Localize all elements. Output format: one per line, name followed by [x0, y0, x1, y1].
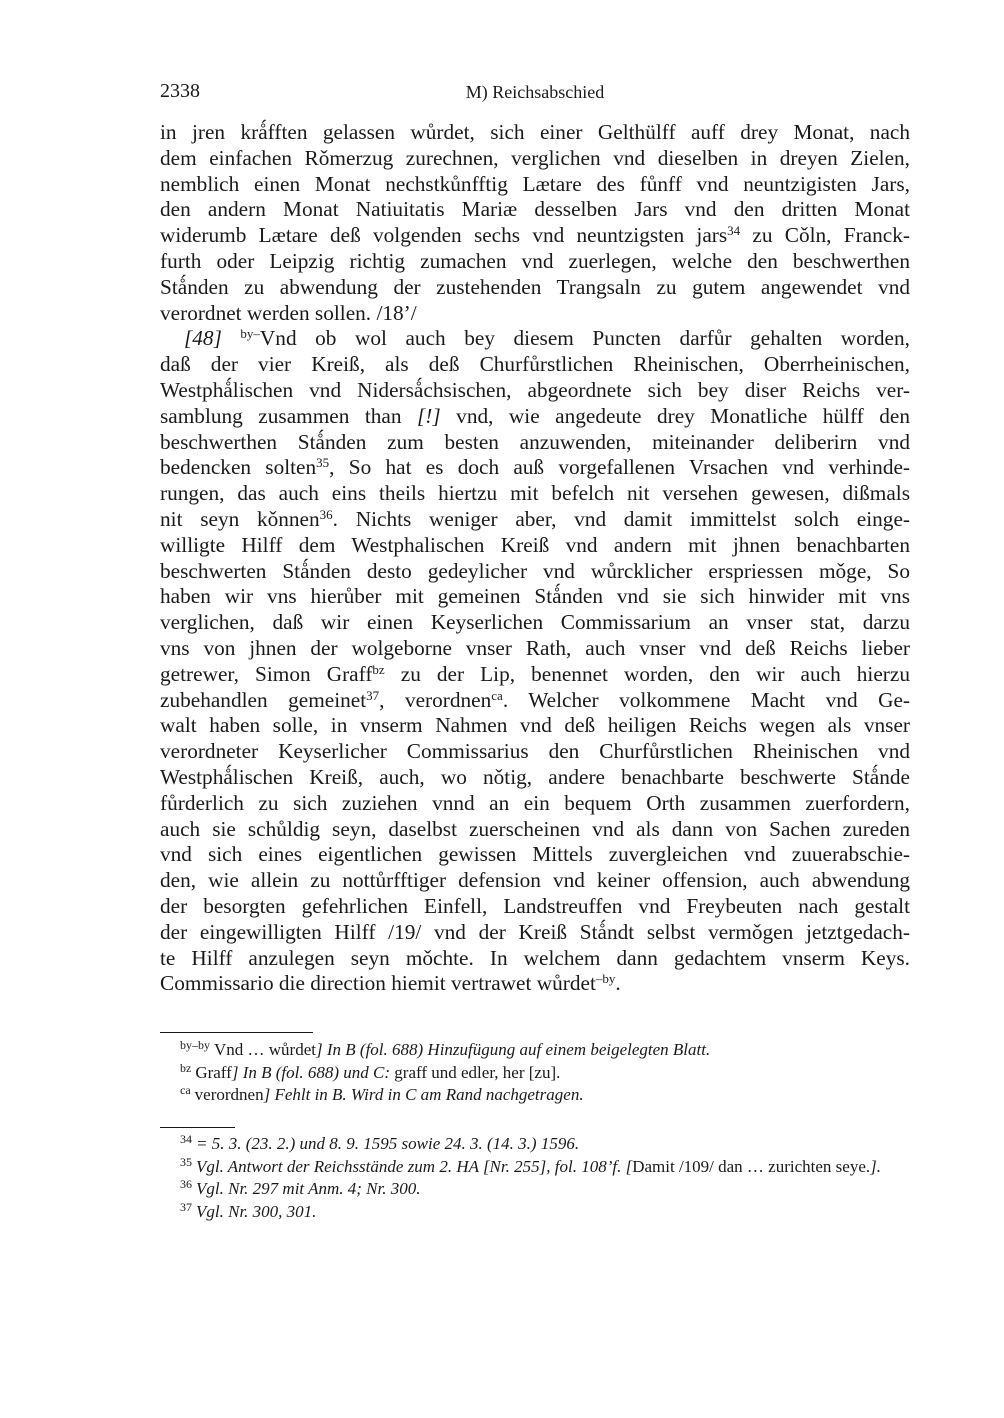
text-line: getrewer, Simon Graffbz zu der Lip, bene…: [160, 662, 910, 688]
footnotes-divider: [160, 1127, 235, 1128]
text-line: dem einfachen Rǒmerzug zurechnen, vergli…: [160, 146, 910, 172]
text-segment: bedencken solten: [160, 455, 316, 479]
text-line: den andern Monat Natiuitatis Mariæ desse…: [160, 197, 910, 223]
text-line: in jren krǻfften gelassen wůrdet, sich e…: [160, 120, 910, 146]
apparatus-note-ca: caverordnen] Fehlt in B. Wird in C am Ra…: [160, 1084, 910, 1107]
text-segment: , verordnen: [379, 688, 491, 712]
footnote-text: Vgl. Antwort der Reichsstände zum 2. HA …: [196, 1157, 632, 1176]
text-line: zubehandlen gemeinet37, verordnenca. Wel…: [160, 688, 910, 714]
text-line: te Hilff anzulegen seyn mǒchte. In welch…: [160, 946, 910, 972]
text-line: haben wir vns hierůber mit gemeinen Stǻn…: [160, 584, 910, 610]
text-segment: , So hat es doch auß vorgefallenen Vrsac…: [329, 455, 910, 479]
apparatus-comment: In B (fol. 688) Hinzufügung auf einem be…: [323, 1040, 711, 1059]
text-segment: . Nichts weniger aber, vnd damit immitte…: [333, 507, 910, 531]
main-text: in jren krǻfften gelassen wůrdet, sich e…: [160, 120, 910, 997]
text-line: willigte Hilff dem Westphalischen Kreiß …: [160, 533, 910, 559]
text-line: nit seyn kǒnnen36. Nichts weniger aber, …: [160, 507, 910, 533]
apparatus-comment: Fehlt in B. Wird in C am Rand nachgetrag…: [270, 1085, 583, 1104]
text-line: fůrderlich zu sich zuziehen vnnd an ein …: [160, 791, 910, 817]
apparatus-ref-by-open[interactable]: by–: [240, 326, 260, 341]
text-line: beschwerten Stǻnden desto gedeylicher vn…: [160, 559, 910, 585]
apparatus-siglum: bz: [180, 1061, 191, 1075]
text-segment: nit seyn kǒnnen: [160, 507, 320, 531]
apparatus-note-bz: bzGraff] In B (fol. 688) und C: graff un…: [160, 1062, 910, 1085]
text-line: bedencken solten35, So hat es doch auß v…: [160, 455, 910, 481]
footnote-37: 37Vgl. Nr. 300, 301.: [160, 1201, 910, 1224]
text-segment: zu der Lip, benennet worden, den wir auc…: [385, 662, 910, 686]
footnote-35: 35Vgl. Antwort der Reichsstände zum 2. H…: [160, 1156, 910, 1179]
paragraph-marker: [48]: [184, 326, 222, 350]
apparatus-siglum: ca: [180, 1083, 191, 1097]
text-line: Commissario die direction hiemit vertraw…: [160, 971, 910, 997]
lemma-bracket: ]: [316, 1040, 323, 1059]
text-line: rungen, das auch eins theils hiertzu mit…: [160, 481, 910, 507]
text-line: vns von jhnen der wolgeborne vnser Rath,…: [160, 636, 910, 662]
sic-marker: [!]: [417, 404, 441, 428]
text-segment: . Welcher volkommene Macht vnd Ge-: [503, 688, 910, 712]
footnote-text: Vgl. Nr. 300, 301.: [196, 1202, 316, 1221]
text-segment: samblung zusammen than: [160, 404, 417, 428]
text-line: verordneter Keyserlicher Commissarius de…: [160, 739, 910, 765]
text-line: daß der vier Kreiß, als deß Churfůrstlic…: [160, 352, 910, 378]
apparatus-ref-ca[interactable]: ca: [491, 688, 503, 703]
text-line: [48] by–Vnd ob wol auch bey diesem Punct…: [160, 326, 910, 352]
text-segment: Vnd ob wol auch bey diesem Puncten darfů…: [260, 326, 910, 350]
text-line: widerumb Lætare deß volgenden sechs vnd …: [160, 223, 910, 249]
footnote-ref-34[interactable]: 34: [727, 223, 740, 238]
footnote-text: = 5. 3. (23. 2.) und 8. 9. 1595 sowie 24…: [196, 1134, 579, 1153]
footnote-number: 37: [180, 1200, 192, 1214]
footnote-34: 34= 5. 3. (23. 2.) und 8. 9. 1595 sowie …: [160, 1133, 910, 1156]
text-line: furth oder Leipzig richtig zumachen vnd …: [160, 249, 910, 275]
text-line: verglichen, daß wir einen Keyserlichen C…: [160, 610, 910, 636]
footnote-text: Vgl. Nr. 297 mit Anm. 4; Nr. 300.: [196, 1179, 421, 1198]
apparatus-lemma: verordnen: [195, 1085, 264, 1104]
section-title: M) Reichsabschied: [160, 82, 910, 103]
running-head: 2338 M) Reichsabschied: [160, 80, 910, 106]
footnotes: 34= 5. 3. (23. 2.) und 8. 9. 1595 sowie …: [160, 1133, 910, 1223]
text-segment: zu Cǒln, Franck-: [740, 223, 910, 247]
text-line: nemblich einen Monat nechstkůnfftig Læta…: [160, 172, 910, 198]
text-line: Stǻnden zu abwendung der zustehenden Tra…: [160, 275, 910, 301]
text-line: walt haben solle, in vnserm Nahmen vnd d…: [160, 713, 910, 739]
footnote-number: 36: [180, 1177, 192, 1191]
apparatus-comment: In B (fol. 688) und C:: [238, 1063, 390, 1082]
text-line: vnd sich eines eigentlichen gewissen Mit…: [160, 842, 910, 868]
footnote-36: 36Vgl. Nr. 297 mit Anm. 4; Nr. 300.: [160, 1178, 910, 1201]
text-segment: Commissario die direction hiemit vertraw…: [160, 971, 596, 995]
apparatus-variant: graff und edler, her [zu].: [390, 1063, 560, 1082]
text-segment: getrewer, Simon Graff: [160, 662, 372, 686]
text-segment: .: [615, 971, 620, 995]
apparatus-siglum: by–by: [180, 1038, 210, 1052]
footnote-number: 35: [180, 1155, 192, 1169]
apparatus-note-by: by–byVnd … wůrdet] In B (fol. 688) Hinzu…: [160, 1039, 910, 1062]
text-line: der besorgten gefehrlichen Einfell, Land…: [160, 894, 910, 920]
text-segment: zubehandlen gemeinet: [160, 688, 366, 712]
footnote-ref-35[interactable]: 35: [316, 455, 329, 470]
text-line: beschwerthen Stǻnden zum besten anzuwend…: [160, 430, 910, 456]
footnote-number: 34: [180, 1132, 192, 1146]
footnote-ref-37[interactable]: 37: [366, 688, 379, 703]
text-segment: vnd, wie angedeute drey Monatliche hülff…: [441, 404, 910, 428]
text-line: der eingewilligten Hilff /19/ vnd der Kr…: [160, 920, 910, 946]
text-line: Westphǻlischen Kreiß, auch, wo nǒtig, an…: [160, 765, 910, 791]
footnote-quote: Damit /109/ dan … zurichten seye.: [632, 1157, 870, 1176]
text-line: den, wie allein zu nottůrfftiger defensi…: [160, 868, 910, 894]
text-line: auch sie schůldig seyn, daselbst zuersch…: [160, 817, 910, 843]
apparatus-ref-by-close[interactable]: –by: [596, 971, 616, 986]
critical-apparatus: by–byVnd … wůrdet] In B (fol. 688) Hinzu…: [160, 1039, 910, 1107]
footnote-ref-36[interactable]: 36: [320, 507, 333, 522]
apparatus-ref-bz[interactable]: bz: [372, 662, 384, 677]
text-line: samblung zusammen than [!] vnd, wie ange…: [160, 404, 910, 430]
text-line: verordnet werden sollen. /18’/: [160, 301, 910, 327]
footnote-text-end: ].: [870, 1157, 881, 1176]
apparatus-lemma: Graff: [195, 1063, 232, 1082]
apparatus-lemma: Vnd … wůrdet: [214, 1040, 316, 1059]
apparatus-divider: [160, 1032, 313, 1033]
text-line: Westphǻlischen vnd Nidersǻchsischen, abg…: [160, 378, 910, 404]
text-segment: widerumb Lætare deß volgenden sechs vnd …: [160, 223, 727, 247]
